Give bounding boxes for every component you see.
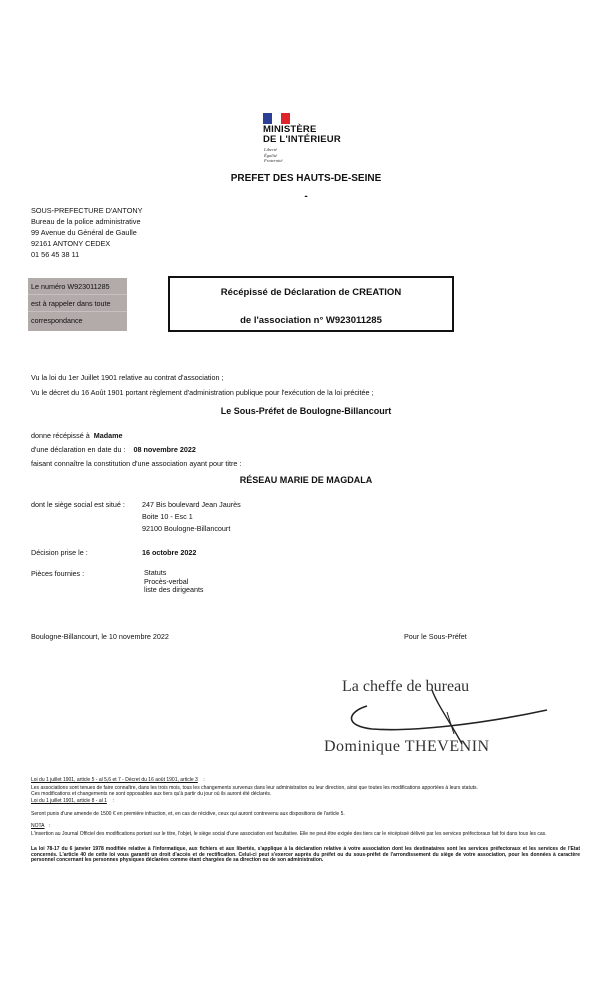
french-flag-icon [263,113,290,124]
association-number: de l'association n° W923011285 [170,315,452,326]
decision-date: 16 octobre 2022 [142,548,196,557]
ministry-name: MINISTÈRE DE L'INTÉRIEUR [263,125,341,145]
documents-label: Pièces fournies : [31,569,84,578]
seat-label: dont le siège social est situé : [31,500,125,509]
header-separator: - [0,191,612,202]
nota-text: L'insertion au Journal Officiel des modi… [31,832,580,838]
on-behalf-label: Pour le Sous-Préfet [404,632,467,641]
prefecture-title: PREFET DES HAUTS-DE-SEINE [0,173,612,184]
seat-line-2: Boite 10 - Esc 1 [142,512,193,521]
legal-basis-decree: Vu le décret du 16 Août 1901 portant règ… [31,388,374,397]
legal-ref-1: Loi du 1 juillet 1901, article 5 - al 5,… [31,778,580,784]
issuer-title: Le Sous-Préfet de Boulogne-Billancourt [0,406,612,416]
sender-address: SOUS-PREFECTURE D'ANTONY Bureau de la po… [31,205,143,260]
seat-line-1: 247 Bis boulevard Jean Jaurès [142,500,241,509]
declaration-date-row: d'une déclaration en date du : 08 novemb… [31,445,196,454]
purpose-label: faisant connaître la constitution d'une … [31,459,241,468]
documents-list: Statuts Procès-verbal liste des dirigean… [144,569,204,595]
nota-label: NOTA : [31,824,580,830]
legal-text-2: Seront punis d'une amende de 1500 € en p… [31,812,580,818]
ministry-logo: MINISTÈRE DE L'INTÉRIEUR Liberté Égalité… [259,111,349,167]
legal-ref-2: Loi du 1 juillet 1901, article 8 - al 1 … [31,799,580,805]
cnil-text: La loi 78-17 du 6 janvier 1978 modifiée … [31,847,580,864]
association-name: RÉSEAU MARIE DE MAGDALA [0,475,612,485]
recipient-row: donne récépissé à Madame [31,431,123,440]
legal-basis-law: Vu la loi du 1er Juillet 1901 relative a… [31,373,224,382]
stamp-signatory: Dominique THEVENIN [324,738,490,756]
signature-stamp: La cheffe de bureau Dominique THEVENIN [322,674,552,764]
decision-label: Décision prise le : [31,548,88,557]
declaration-date-value: 08 novembre 2022 [133,445,195,454]
reference-number-box: Le numéro W923011285 est à rappeler dans… [28,278,127,331]
republic-motto: Liberté Égalité Fraternité [264,147,283,164]
seat-line-3: 92100 Boulogne-Billancourt [142,524,230,533]
receipt-title-box: Récépissé de Déclaration de CREATION de … [168,276,454,332]
place-date: Boulogne-Billancourt, le 10 novembre 202… [31,632,169,641]
legal-text-1: Les associations sont tenues de faire co… [31,786,580,797]
receipt-title: Récépissé de Déclaration de CREATION [170,287,452,298]
recipient-value: Madame [94,431,123,440]
document-item: liste des dirigeants [144,586,204,595]
